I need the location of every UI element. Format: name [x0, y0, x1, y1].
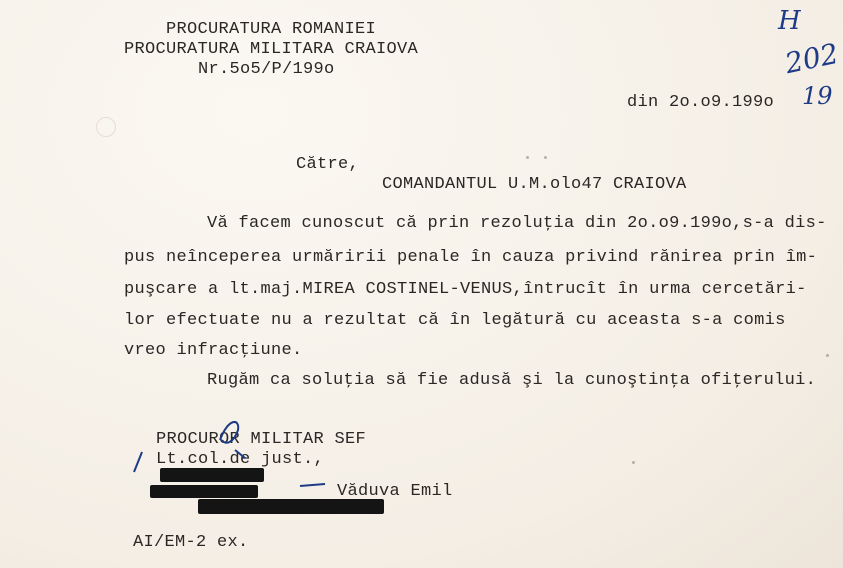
addressee: COMANDANTUL U.M.olo47 CRAIOVA: [382, 175, 687, 195]
handwritten-signature: [130, 410, 400, 520]
paper-speck: [632, 461, 635, 464]
document-page: PROCURATURA ROMANIEI PROCURATURA MILITAR…: [0, 0, 843, 568]
salutation: Către,: [296, 155, 359, 175]
body-line-2: pus neînceperea urmăririi penale în cauz…: [124, 248, 817, 268]
body-line-5: vreo infracţiune.: [124, 341, 303, 361]
paper-speck: [826, 354, 829, 357]
paper-hole-mark: [96, 117, 116, 137]
header-registration-number: Nr.5o5/P/199o: [198, 60, 335, 80]
body-line-4: lor efectuate nu a rezultat că în legătu…: [124, 311, 786, 331]
handwritten-number: 202: [782, 37, 841, 80]
handwritten-annotation: 19: [802, 82, 833, 110]
closing-request: Rugăm ca soluţia să fie adusă şi la cuno…: [207, 371, 816, 391]
body-line-3: puşcare a lt.maj.MIREA COSTINEL-VENUS,în…: [124, 280, 807, 300]
body-line-1: Vă facem cunoscut că prin rezoluţia din …: [207, 214, 827, 234]
header-department: PROCURATURA MILITARA CRAIOVA: [124, 40, 418, 60]
handwritten-mark: H: [778, 6, 801, 36]
paper-speck: [544, 156, 547, 159]
document-reference: AI/EM-2 ex.: [133, 533, 249, 553]
document-date: din 2o.o9.199o: [627, 93, 774, 113]
paper-speck: [526, 156, 529, 159]
header-institution: PROCURATURA ROMANIEI: [166, 20, 376, 40]
